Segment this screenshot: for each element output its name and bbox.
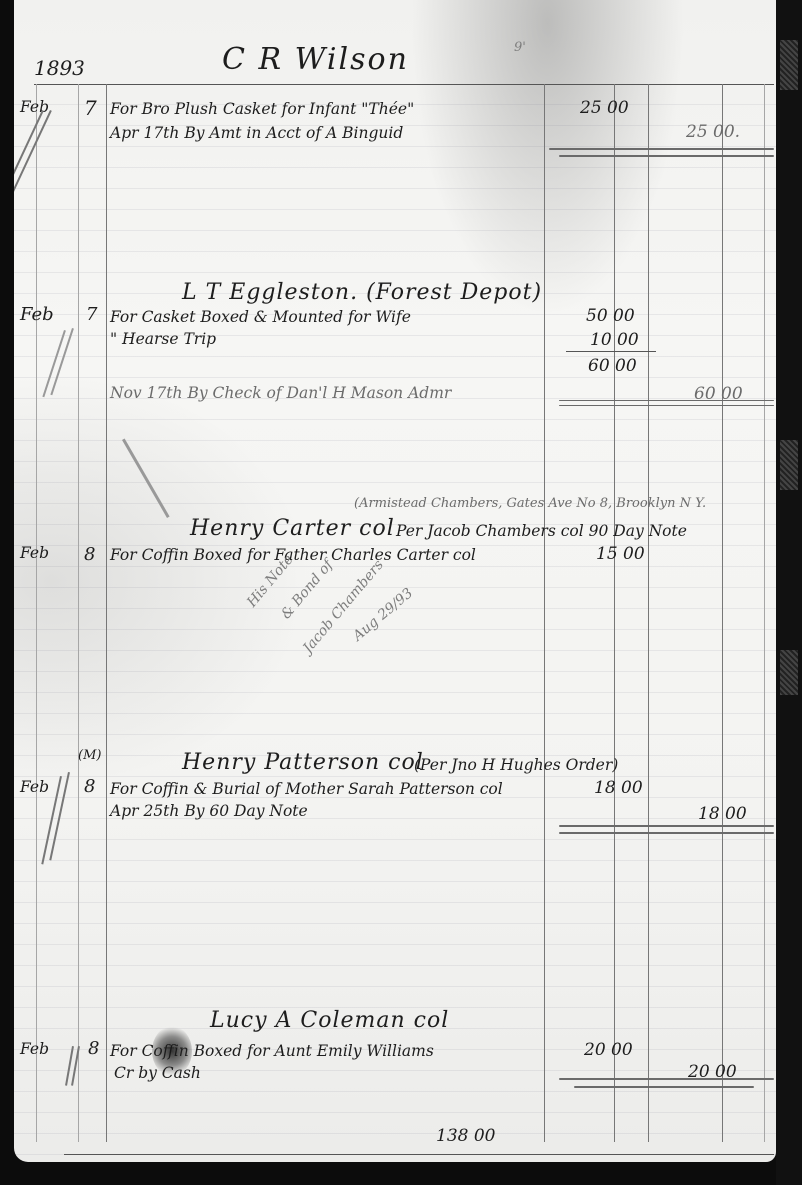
entry-month: Feb xyxy=(20,304,54,325)
page-total: 138 00 xyxy=(436,1126,495,1146)
entry-month: Feb xyxy=(20,1040,49,1058)
ledger-year: 1893 xyxy=(34,56,85,80)
entry-day: 7 xyxy=(86,304,97,325)
prefix-note: (M) xyxy=(78,748,101,763)
closing-double-rule xyxy=(559,825,774,827)
closing-double-rule xyxy=(559,832,774,834)
ink-blot xyxy=(152,1026,192,1076)
book-binding xyxy=(776,0,802,1185)
account-name: Henry Patterson col xyxy=(182,750,424,775)
corner-mark: 9' xyxy=(514,40,526,55)
header-rule xyxy=(34,84,774,85)
credit-amount: 18 00 xyxy=(698,804,747,824)
account-name: C R Wilson xyxy=(222,42,409,77)
debit-amount: 20 00 xyxy=(584,1040,633,1060)
account-name: L T Eggleston. (Forest Depot) xyxy=(182,280,542,305)
debit-amount: 15 00 xyxy=(596,544,645,564)
credit-amount: 25 00. xyxy=(686,122,740,142)
account-name: Henry Carter col xyxy=(190,516,395,541)
credit-amount: 60 00 xyxy=(694,384,743,404)
account-note: (Per Jno H Hughes Order) xyxy=(414,756,618,774)
binding-cloth xyxy=(780,40,798,90)
debit-subtotal: 60 00 xyxy=(588,356,637,376)
debit-amount: 50 00 xyxy=(586,306,635,326)
entry-day: 8 xyxy=(84,544,95,565)
column-line-debit-cents xyxy=(614,84,615,1142)
address-note: (Armistead Chambers, Gates Ave No 8, Bro… xyxy=(354,496,706,511)
entry-line: For Coffin & Burial of Mother Sarah Patt… xyxy=(110,780,503,798)
closing-double-rule xyxy=(559,400,774,401)
entry-line: Nov 17th By Check of Dan'l H Mason Admr xyxy=(110,384,451,402)
closing-double-rule xyxy=(559,1078,774,1080)
account-note: Per Jacob Chambers col 90 Day Note xyxy=(396,522,687,540)
entry-line: For Bro Plush Casket for Infant "Thée" xyxy=(110,100,414,118)
binding-cloth xyxy=(780,440,798,490)
page-ruling xyxy=(14,84,776,1162)
binding-cloth xyxy=(780,650,798,695)
debit-amount: 25 00 xyxy=(580,98,629,118)
entry-month: Feb xyxy=(20,778,49,796)
entry-line: For Casket Boxed & Mounted for Wife xyxy=(110,308,411,326)
entry-day: 8 xyxy=(84,776,95,797)
entry-line: Apr 25th By 60 Day Note xyxy=(110,802,308,820)
column-line-date-left xyxy=(36,84,37,1142)
entry-day: 7 xyxy=(84,96,97,120)
column-line-credit-cents xyxy=(722,84,723,1142)
column-line-right xyxy=(764,84,765,1142)
closing-double-rule xyxy=(559,155,774,157)
entry-line: Apr 17th By Amt in Acct of A Binguid xyxy=(110,124,403,142)
closing-double-rule xyxy=(559,405,774,406)
entry-line: " Hearse Trip xyxy=(110,330,216,348)
closing-double-rule xyxy=(574,1086,754,1088)
closing-double-rule xyxy=(549,148,774,150)
ledger-page: 1893 9' C R Wilson Feb 7 For Bro Plush C… xyxy=(14,0,776,1162)
column-line-credit-left xyxy=(648,84,649,1142)
entry-day: 8 xyxy=(88,1038,99,1059)
bottom-rule xyxy=(64,1154,774,1155)
column-line-description xyxy=(106,84,107,1142)
debit-amount: 18 00 xyxy=(594,778,643,798)
column-line-day xyxy=(78,84,79,1142)
account-name: Lucy A Coleman col xyxy=(210,1008,449,1033)
entry-month: Feb xyxy=(20,544,49,562)
column-line-debit-left xyxy=(544,84,545,1142)
subtotal-rule xyxy=(566,351,656,352)
entry-month: Feb xyxy=(20,98,49,116)
debit-amount: 10 00 xyxy=(590,330,639,350)
